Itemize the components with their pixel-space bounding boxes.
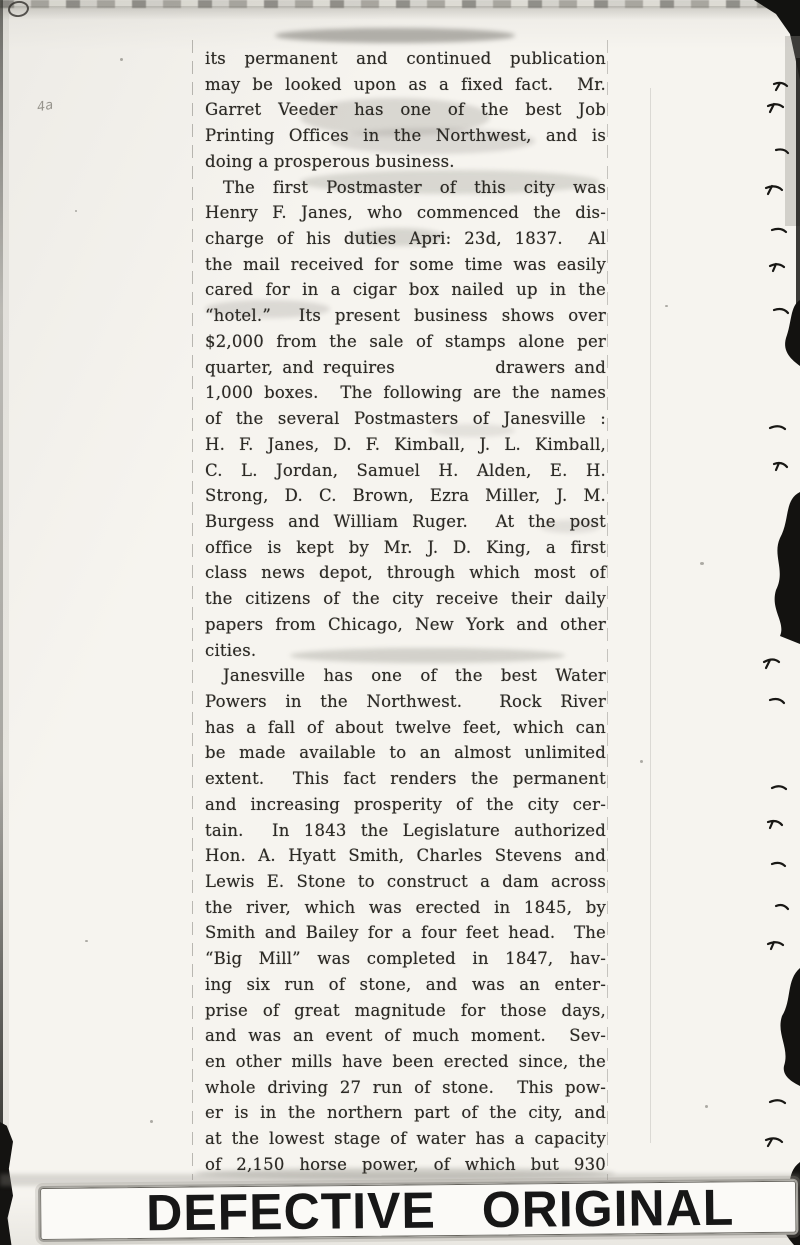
paper-speck [85,940,88,942]
paragraph: The first Postmaster of this city wasHen… [205,175,606,664]
text-line: cities. [205,638,606,664]
text-line: Burgess and William Ruger. At the post [205,509,606,535]
text-line: doing a prosperous business. [205,149,606,175]
text-line: Strong, D. C. Brown, Ezra Miller, J. M. [205,483,606,509]
margin-pencil-note: 4a [36,98,55,116]
column-rule-left [192,40,193,1180]
text-line: Janesville has one of the best Water [205,663,606,689]
text-line: and increasing prosperity of the city ce… [205,792,606,818]
text-line: Powers in the Northwest. Rock River [205,689,606,715]
text-line: $2,000 from the sale of stamps alone per [205,329,606,355]
text-line: charge of his duties Apri: 23d, 1837. Al [205,226,606,252]
paper-speck [640,760,643,763]
newspaper-column: its permanent and continued publicationm… [205,46,606,1178]
text-line: H. F. Janes, D. F. Kimball, J. L. Kimbal… [205,432,606,458]
text-line: “Big Mill” was completed in 1847, hav- [205,946,606,972]
text-line: er is in the northern part of the city, … [205,1100,606,1126]
stamp-word-defective: DEFECTIVE [146,1181,436,1243]
text-line: Printing Offices in the Northwest, and i… [205,123,606,149]
text-line: has a fall of about twelve feet, which c… [205,715,606,741]
text-line: Garret Veeder has one of the best Job [205,97,606,123]
text-line: Henry F. Janes, who commenced the dis- [205,200,606,226]
text-line: its permanent and continued publication [205,46,606,72]
scan-top-edge-fade [0,6,800,20]
text-line: The first Postmaster of this city was [205,175,606,201]
paper-speck [150,1120,153,1123]
torn-edge-right [740,0,800,1245]
text-line: C. L. Jordan, Samuel H. Alden, E. H. [205,458,606,484]
text-line: be made available to an almost unlimited [205,740,606,766]
text-line: cared for in a cigar box nailed up in th… [205,277,606,303]
scan-smudge [275,28,515,43]
text-line: “hotel.” Its present business shows over [205,303,606,329]
text-line: class news depot, through which most of [205,560,606,586]
scan-left-edge-band [0,0,9,1245]
text-line: may be looked upon as a fixed fact. Mr. [205,72,606,98]
text-line: extent. This fact renders the permanent [205,766,606,792]
text-line: Lewis E. Stone to construct a dam across [205,869,606,895]
text-line: the river, which was erected in 1845, by [205,895,606,921]
text-line: quarter, and requires drawers and [205,355,606,381]
paper-speck [700,562,704,565]
text-line: and was an event of much moment. Sev- [205,1023,606,1049]
defective-original-stamp: DEFECTIVE ORIGINAL [38,1179,799,1242]
paper-speck [665,305,668,307]
text-line: papers from Chicago, New York and other [205,612,606,638]
text-line: the citizens of the city receive their d… [205,586,606,612]
paragraph: Janesville has one of the best WaterPowe… [205,663,606,1177]
paragraph: its permanent and continued publicationm… [205,46,606,175]
text-line: office is kept by Mr. J. D. King, a firs… [205,535,606,561]
text-line: Hon. A. Hyatt Smith, Charles Stevens and [205,843,606,869]
text-line: 1,000 boxes. The following are the names [205,380,606,406]
text-line: en other mills have been erected since, … [205,1049,606,1075]
text-line: ing six run of stone, and was an enter- [205,972,606,998]
paper-speck [705,1105,708,1108]
paper-speck [75,210,77,212]
text-line: tain. In 1843 the Legislature authorized [205,818,606,844]
text-line: whole driving 27 run of stone. This pow- [205,1075,606,1101]
clipping-edge-line [650,88,651,1143]
stamp-word-original: ORIGINAL [482,1178,735,1240]
text-line: prise of great magnitude for those days, [205,998,606,1024]
text-line: the mail received for some time was easi… [205,252,606,278]
scanned-newspaper-page: 4a its permanent and continued publicati… [0,0,800,1245]
paper-speck [120,58,123,61]
text-line: of the several Postmasters of Janesville… [205,406,606,432]
column-rule-right [607,40,608,1180]
text-line: at the lowest stage of water has a capac… [205,1126,606,1152]
text-line: Smith and Bailey for a four feet head. T… [205,920,606,946]
